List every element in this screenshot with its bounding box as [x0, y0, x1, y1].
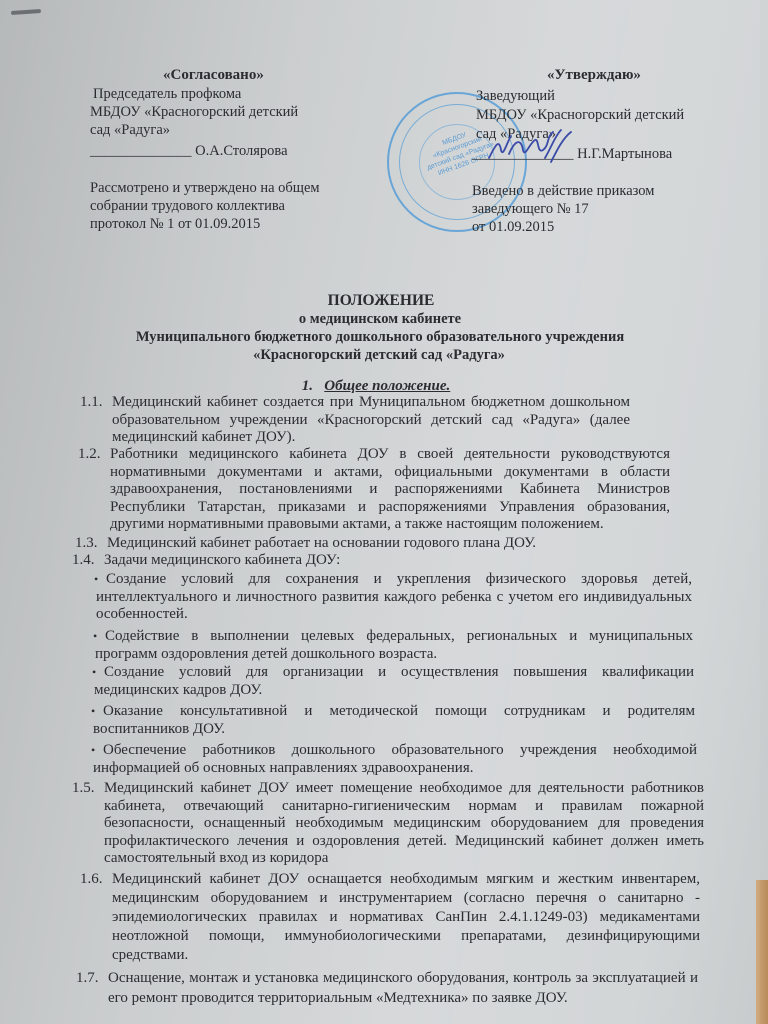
paragraph-1-6: 1.6. Медицинский кабинет ДОУ оснащается …: [112, 870, 700, 965]
paragraph-text: Оснащение, монтаж и установка медицинско…: [108, 970, 698, 1006]
paragraph-1-5: 1.5. Медицинский кабинет ДОУ имеет помещ…: [104, 780, 704, 868]
approval-line-2: собрании трудового коллектива: [90, 198, 285, 215]
paragraph-1-1: 1.1. Медицинский кабинет создается при М…: [112, 394, 630, 447]
paragraph-number: 1.6.: [80, 870, 103, 889]
paragraph-text: Медицинский кабинет работает на основани…: [107, 535, 536, 551]
paragraph-number: 1.7.: [76, 968, 99, 988]
signature-icon: [485, 128, 580, 164]
document-photo: «Согласовано» Председатель профкома МБДО…: [0, 0, 768, 1024]
paragraph-1-3: 1.3. Медицинский кабинет работает на осн…: [107, 535, 667, 553]
agreed-line-3: сад «Радуга»: [90, 122, 170, 139]
paragraph-number: 1.4.: [72, 552, 95, 570]
document-title: ПОЛОЖЕНИЕ: [0, 292, 765, 310]
organization-short-name: «Красногорский детский сад «Радуга»: [0, 347, 763, 364]
paragraph-number: 1.3.: [75, 535, 98, 553]
section-title: Общее положение.: [324, 378, 450, 394]
agreed-signature-line: ______________ О.А.Столярова: [90, 143, 288, 160]
organization-name: Муниципального бюджетного дошкольного об…: [0, 329, 764, 346]
paragraph-number: 1.1.: [80, 394, 103, 412]
order-line-3: от 01.09.2015: [472, 219, 554, 236]
agreed-line-1: Председатель профкома: [93, 86, 241, 103]
approved-line-1: Заведующий: [476, 88, 555, 105]
task-item-5: Обеспечение работников дошкольного образ…: [93, 742, 697, 777]
order-line-1: Введено в действие приказом: [472, 183, 654, 200]
approval-line-3: протокол № 1 от 01.09.2015: [90, 216, 260, 233]
agreed-title: «Согласовано»: [163, 67, 264, 84]
paragraph-1-4: 1.4. Задачи медицинского кабинета ДОУ:: [104, 552, 664, 570]
paragraph-text: Медицинский кабинет создается при Муници…: [112, 394, 630, 445]
paragraph-number: 1.5.: [72, 780, 95, 798]
approved-title: «Утверждаю»: [547, 67, 641, 84]
task-item-1: Создание условий для сохранения и укрепл…: [96, 571, 692, 624]
section-number: 1.: [302, 378, 313, 394]
paragraph-1-2: 1.2. Работники медицинского кабинета ДОУ…: [110, 446, 670, 534]
paragraph-1-7: 1.7. Оснащение, монтаж и установка медиц…: [108, 968, 698, 1008]
paragraph-text: Медицинский кабинет ДОУ имеет помещение …: [104, 780, 704, 866]
agreed-line-2: МБДОУ «Красногорский детский: [90, 104, 298, 121]
approval-line-1: Рассмотрено и утверждено на общем: [90, 180, 320, 197]
paragraph-number: 1.2.: [78, 446, 101, 464]
approved-line-2: МБДОУ «Красногорский детский: [476, 107, 684, 124]
staple-icon: [11, 9, 41, 15]
task-item-2: Содействие в выполнении целевых федераль…: [95, 628, 693, 663]
task-item-3: Создание условий для организации и осуще…: [94, 664, 694, 699]
order-line-2: заведующего № 17: [472, 201, 589, 218]
task-item-4: Оказание консультативной и методической …: [93, 703, 695, 738]
paragraph-text: Задачи медицинского кабинета ДОУ:: [104, 552, 340, 568]
document-page: «Согласовано» Председатель профкома МБДО…: [0, 0, 760, 1024]
section-heading: 1. Общее положение.: [0, 378, 760, 395]
paragraph-text: Медицинский кабинет ДОУ оснащается необх…: [112, 871, 700, 963]
paragraph-text: Работники медицинского кабинета ДОУ в св…: [110, 446, 670, 532]
document-subtitle: о медицинском кабинете: [0, 311, 764, 328]
